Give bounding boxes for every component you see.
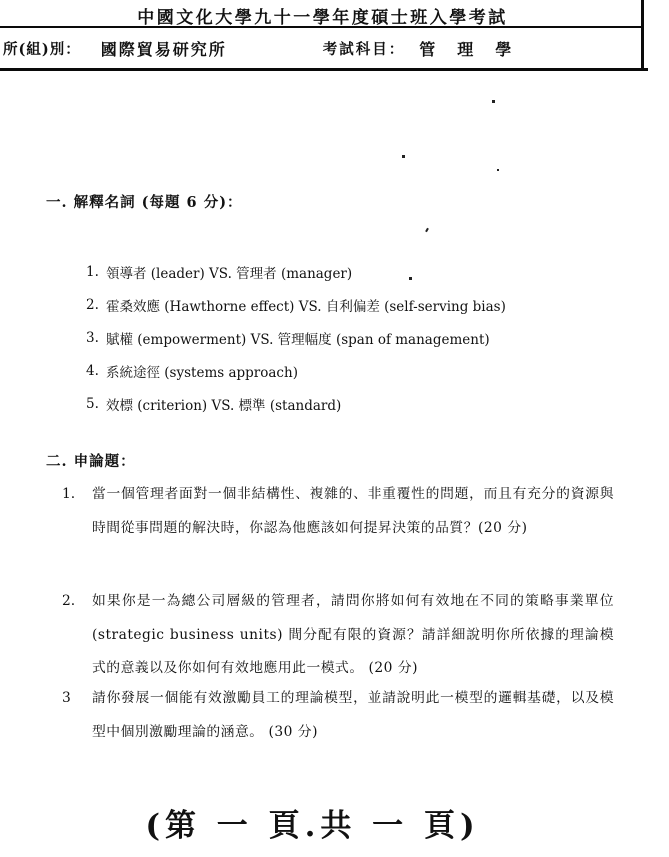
term-item-number: 5. [86,396,106,412]
term-item-1: 1. 領導者 (leader) VS. 管理者 (manager) [86,256,626,289]
term-item-4: 4. 系統途徑 (systems approach) [86,354,626,387]
scan-speck [409,277,412,280]
essay-item-number: 1. [62,478,92,545]
exam-page: 中國文化大學九十一學年度碩士班入學考試 所(組)別： 國際貿易研究所 考試科目：… [0,0,669,857]
term-item-5: 5. 效標 (criterion) VS. 標準 (standard) [86,387,626,420]
essay-item-1: 1. 當一個管理者面對一個非結構性、複雜的、非重覆性的問題，而且有充分的資源與時… [62,478,614,545]
essay-item-text: 當一個管理者面對一個非結構性、複雜的、非重覆性的問題，而且有充分的資源與時間從事… [92,478,614,545]
essay-item-text: 請你發展一個能有效激勵員工的理論模型，並請說明此一模型的邏輯基礎，以及模型中個別… [92,682,614,749]
header-divider-bottom [0,68,648,71]
term-item-text: 賦權 (empowerment) VS. 管理幅度 (span of manag… [106,328,490,348]
page-number-footer: (第 一 頁.共 一 頁) [0,800,625,845]
essay-item-2: 2. 如果你是一為總公司層級的管理者，請問你將如何有效地在不同的策略事業單位 (… [62,585,614,686]
term-item-text: 效標 (criterion) VS. 標準 (standard) [106,394,341,414]
header-right-border [641,0,644,71]
term-item-text: 霍桑效應 (Hawthorne effect) VS. 自利偏差 (self-s… [106,295,506,315]
exam-header-row: 所(組)別： 國際貿易研究所 考試科目： 管 理 學 [0,30,644,66]
term-item-text: 領導者 (leader) VS. 管理者 (manager) [106,262,352,282]
section-terms-heading: 一. 解釋名詞 (每題 6 分)： [46,191,243,212]
essay-item-3: 3 請你發展一個能有效激勵員工的理論模型，並請說明此一模型的邏輯基礎，以及模型中… [62,682,614,749]
term-item-number: 3. [86,330,106,346]
subject-label: 考試科目： [323,38,406,59]
essay-item-number: 2. [62,585,92,686]
essay-item-number: 3 [62,682,92,749]
essay-item-text: 如果你是一為總公司層級的管理者，請問你將如何有效地在不同的策略事業單位 (str… [92,585,614,686]
scan-speck [402,155,405,158]
section-essays-heading: 二. 申論題： [46,450,136,471]
scan-speck [492,100,495,103]
term-item-2: 2. 霍桑效應 (Hawthorne effect) VS. 自利偏差 (sel… [86,289,626,322]
term-item-number: 4. [86,363,106,379]
subject-value: 管 理 學 [419,37,514,60]
department-label: 所(組)別： [3,38,81,59]
header-divider-top [0,26,644,28]
term-item-text: 系統途徑 (systems approach) [106,361,298,381]
terms-list: 1. 領導者 (leader) VS. 管理者 (manager) 2. 霍桑效… [86,256,626,420]
term-item-number: 2. [86,297,106,313]
term-item-number: 1. [86,264,106,280]
scan-speck [497,169,499,171]
scan-speck [425,228,429,232]
exam-title: 中國文化大學九十一學年度碩士班入學考試 [0,3,645,28]
term-item-3: 3. 賦權 (empowerment) VS. 管理幅度 (span of ma… [86,322,626,355]
department-value: 國際貿易研究所 [101,37,227,60]
